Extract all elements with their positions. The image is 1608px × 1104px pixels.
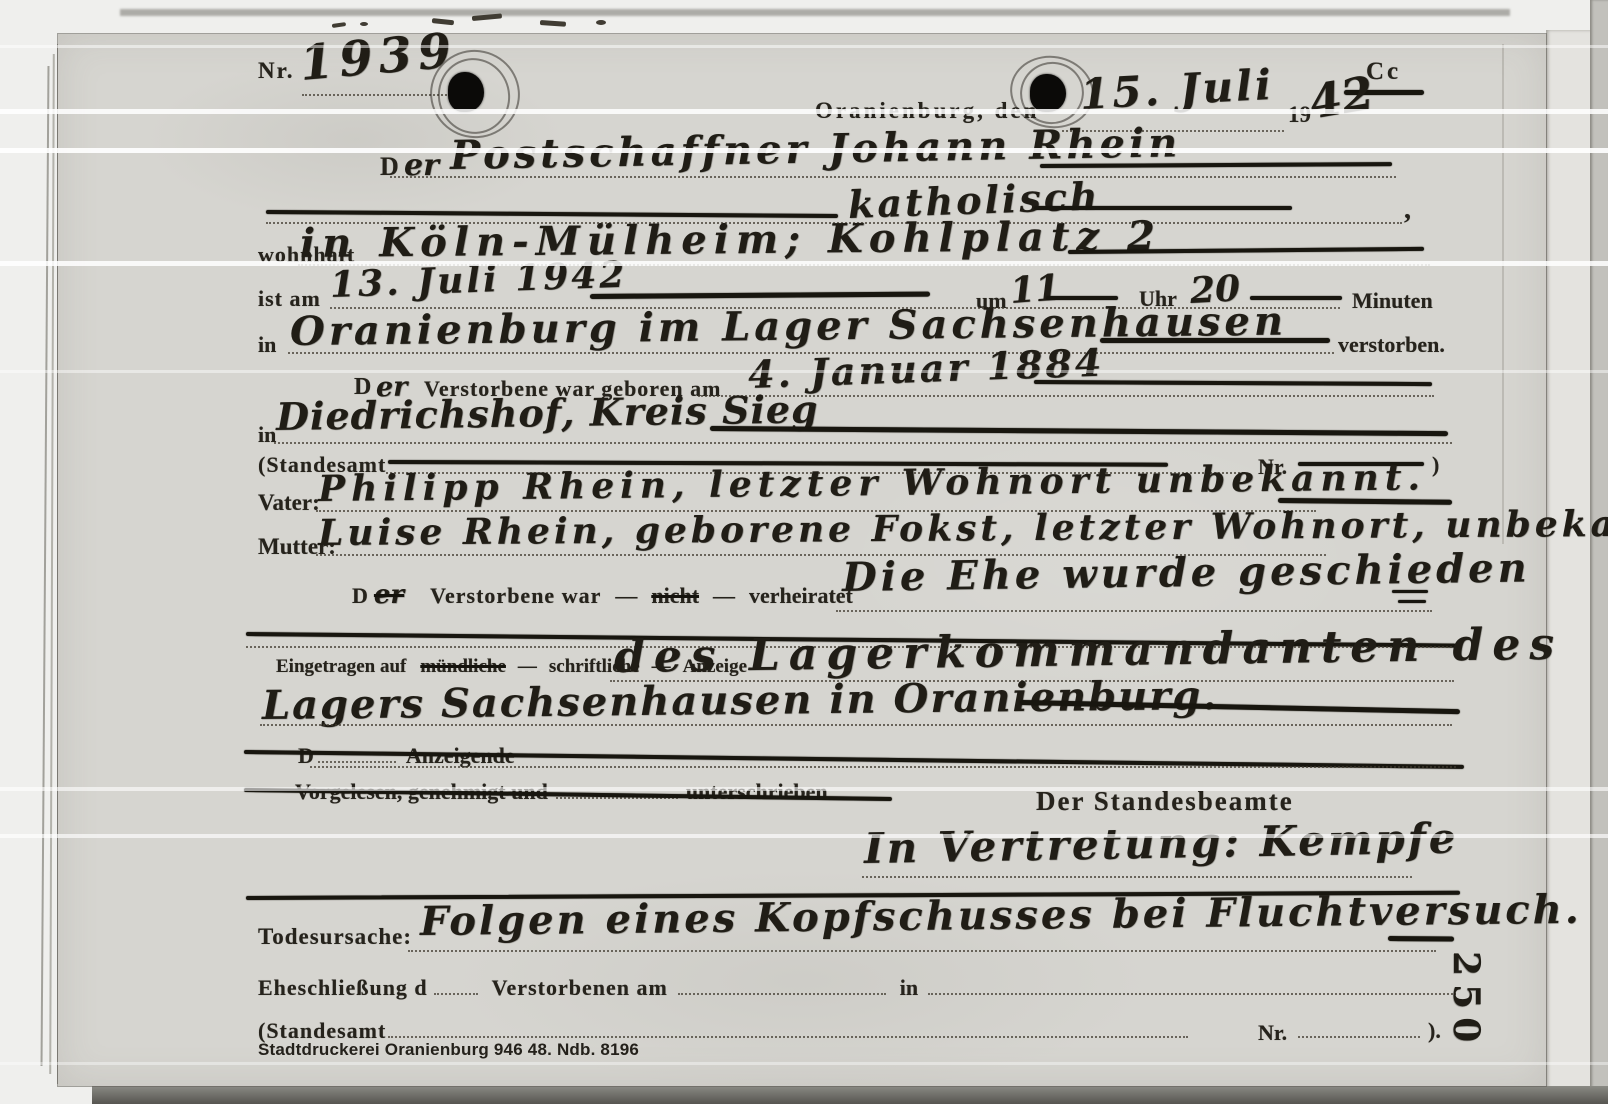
place-date-label: Oranienburg, den	[815, 98, 1039, 124]
dotted-line	[390, 176, 1396, 178]
stack-edge-bottom	[92, 1086, 1608, 1104]
printer-imprint: Stadtdruckerei Oranienburg 946 48. Ndb. …	[258, 1040, 639, 1060]
stray-ink-marks	[332, 22, 346, 28]
pen-dash	[590, 292, 930, 299]
archive-number-rotated: 250	[1445, 951, 1487, 1050]
date-handwritten: 15. Juli	[1079, 60, 1275, 119]
stray-ink-marks	[540, 20, 566, 27]
stack-edge-right	[1590, 0, 1608, 1104]
registrar-signature-handwritten: In Vertretung: Kempfe	[864, 814, 1459, 873]
in-label: in	[258, 332, 276, 358]
dotted-line	[274, 442, 1452, 444]
death-place-handwritten: Oranienburg im Lager Sachsenhausen	[290, 298, 1287, 355]
d-fill-struck: er	[374, 580, 404, 610]
dotted-line	[862, 876, 1412, 878]
nr2-label: Nr.	[1258, 1020, 1287, 1046]
registry-number-label: Nr.	[258, 58, 294, 84]
verstorben-label: verstorben.	[1338, 332, 1445, 358]
year-print: 19	[1288, 102, 1311, 128]
father-handwritten: Philipp Rhein, letzter Wohnort unbekannt…	[318, 456, 1426, 510]
stray-ink-marks	[360, 22, 368, 26]
d-prefix: D	[298, 743, 314, 769]
pen-dash	[1388, 936, 1454, 942]
minuten-label: Minuten	[1352, 288, 1433, 314]
todesursache-label: Todesursache:	[258, 924, 412, 950]
ehe-label: Eheschließung d	[258, 975, 428, 1001]
document-scan: Nr. 1939 Cc Oranienburg, den 15. Juli 19…	[0, 0, 1608, 1104]
pen-dash	[1040, 162, 1392, 167]
hole-punch-left	[448, 72, 484, 112]
stack-edge-left-1	[41, 66, 50, 1066]
unterschrieben-label: unterschrieben	[686, 779, 828, 805]
form-dash: —	[518, 656, 537, 678]
dotted-blank	[434, 974, 478, 995]
pen-dash	[1392, 590, 1428, 593]
marital-status-row: D er Verstorbene war — nicht — verheirat…	[352, 580, 853, 610]
residence-handwritten: in Köln-Mülheim; Kohlplatz 2	[300, 212, 1162, 267]
registrar-title: Der Standesbeamte	[1036, 786, 1294, 817]
in-label: in	[900, 975, 918, 1001]
stack-edge-left-2	[49, 54, 55, 1074]
in-label: in	[258, 422, 276, 448]
dotted-line	[260, 724, 1452, 726]
vater-label: Vater:	[258, 490, 320, 516]
form-dash: —	[713, 583, 735, 609]
pen-dash	[1100, 338, 1330, 343]
dotted-line	[1298, 1036, 1420, 1038]
death-certificate-page: Nr. 1939 Cc Oranienburg, den 15. Juli 19…	[58, 34, 1546, 1086]
eingetragen-label: Eingetragen auf	[276, 656, 406, 678]
year-handwritten: 42	[1305, 65, 1377, 129]
verheiratet-label: verheiratet	[749, 583, 853, 609]
paren-close: )	[1432, 452, 1439, 478]
dotted-line	[836, 610, 1432, 612]
stack-edge-top	[120, 9, 1510, 16]
death-date-handwritten: 13. Juli 1942	[329, 254, 628, 306]
stray-ink-marks	[472, 13, 502, 21]
dotted-blank	[928, 974, 1456, 995]
pen-dash	[1034, 380, 1432, 386]
verstorbenen-am-label: Verstorbenen am	[492, 975, 668, 1001]
stray-ink-marks	[596, 20, 606, 25]
deceased-name-handwritten: Postschaffner Johann Rhein	[450, 119, 1182, 179]
d-prefix: D	[352, 583, 368, 609]
pen-dash	[1398, 600, 1426, 603]
dotted-line	[408, 950, 1436, 952]
eheschliessung-row: Eheschließung d Verstorbenen am in	[258, 974, 1456, 1001]
nicht-label-struck: nicht	[651, 583, 699, 609]
paren-close2: ).	[1428, 1018, 1441, 1044]
dotted-line	[310, 766, 1456, 768]
war-label: Verstorbene war	[430, 583, 601, 609]
dotted-line	[388, 1036, 1188, 1038]
paper-crease	[1502, 44, 1504, 544]
form-dash: —	[615, 583, 637, 609]
pen-dash	[710, 426, 1448, 436]
dotted-blank	[678, 974, 886, 995]
muendliche-label-struck: mündliche	[420, 656, 506, 678]
form-comma: ,	[1404, 194, 1411, 226]
hole-punch-right	[1030, 74, 1066, 112]
pen-dash	[1034, 206, 1292, 210]
